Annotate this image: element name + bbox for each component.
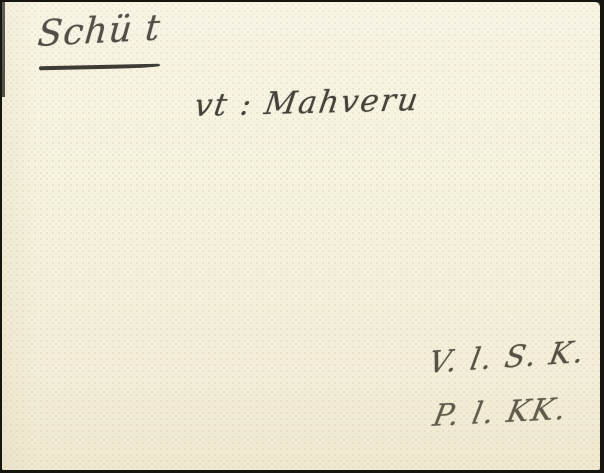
handwritten-title: Schü t — [36, 7, 163, 55]
note-card-paper: Schü t vt : Mahveru V. l. S. K. P. l. KK… — [2, 2, 600, 470]
handwritten-initials-line-1: V. l. S. K. — [426, 335, 589, 381]
title-underline-stroke — [39, 64, 160, 71]
handwritten-initials-line-2: P. l. KK. — [430, 392, 571, 434]
scan-corner-shadow — [2, 2, 5, 97]
scanned-card-image: Schü t vt : Mahveru V. l. S. K. P. l. KK… — [0, 0, 604, 473]
handwritten-center-annotation: vt : Mahveru — [192, 82, 422, 124]
